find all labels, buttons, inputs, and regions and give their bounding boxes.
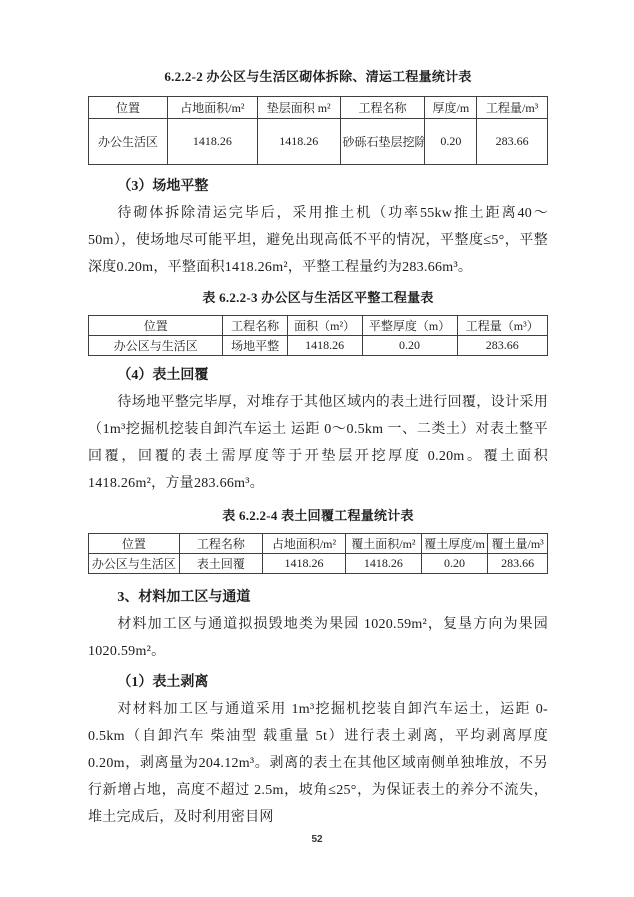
table-header-cell: 位置	[89, 97, 168, 119]
table-cell: 办公区与生活区	[89, 336, 223, 356]
table-row: 办公区与生活区 表土回覆 1418.26 1418.26 0.20 283.66	[89, 554, 548, 574]
table-header-cell: 工程名称	[223, 316, 287, 336]
table-header-cell: 覆土面积/m²	[346, 534, 422, 554]
table-cell: 283.66	[457, 336, 547, 356]
table-header-cell: 位置	[89, 316, 223, 336]
table-cell: 表土回覆	[179, 554, 262, 574]
table-cell: 1418.26	[287, 336, 362, 356]
paragraph-site-leveling: 待砌体拆除清运完毕后，采用推土机（功率55kw推土距离40～50m），使场地尽可…	[88, 200, 548, 281]
section-heading-material-zone: 3、材料加工区与通道	[88, 584, 548, 611]
table-cell: 0.20	[421, 554, 488, 574]
table-cell: 0.20	[425, 119, 477, 165]
table-cell: 砂砾石垫层挖除	[340, 119, 425, 165]
table-header-cell: 位置	[89, 534, 180, 554]
table-header-cell: 覆土量/m³	[488, 534, 548, 554]
table-cell: 场地平整	[223, 336, 287, 356]
table-header-cell: 工程量/m³	[477, 97, 548, 119]
table-header-cell: 工程名称	[179, 534, 262, 554]
table-cell: 1418.26	[167, 119, 257, 165]
table-title-622-3: 表 6.2.2-3 办公区与生活区平整工程量表	[88, 285, 548, 311]
table-cell: 办公生活区	[89, 119, 168, 165]
table-cell: 1418.26	[262, 554, 345, 574]
paragraph-material-zone: 材料加工区与通道拟损毁地类为果园 1020.59m²，复垦方向为果园1020.5…	[88, 611, 548, 665]
paragraph-topsoil-recover: 待场地平整完毕厚，对堆存于其他区域内的表土进行回覆，设计采用（1m³挖掘机挖装自…	[88, 389, 548, 497]
document-page: 6.2.2-2 办公区与生活区砌体拆除、清运工程量统计表 位置 占地面积/m² …	[0, 0, 634, 897]
table-row: 办公生活区 1418.26 1418.26 砂砾石垫层挖除 0.20 283.6…	[89, 119, 548, 165]
table-cell: 办公区与生活区	[89, 554, 180, 574]
table-header-cell: 工程名称	[340, 97, 425, 119]
table-cell: 283.66	[488, 554, 548, 574]
section-heading-topsoil-strip: （1）表土剥离	[88, 669, 548, 696]
paragraph-topsoil-strip: 对材料加工区与通道采用 1m³挖掘机挖装自卸汽车运土，运距 0-0.5km（自卸…	[88, 696, 548, 831]
table-header-cell: 平整厚度（m）	[362, 316, 457, 336]
table-cell: 0.20	[362, 336, 457, 356]
table-header-row: 位置 占地面积/m² 垫层面积 m² 工程名称 厚度/m 工程量/m³	[89, 97, 548, 119]
table-header-cell: 覆土厚度/m	[421, 534, 488, 554]
section-heading-4: （4）表土回覆	[88, 362, 548, 389]
table-header-row: 位置 工程名称 面积（m²） 平整厚度（m） 工程量（m³）	[89, 316, 548, 336]
table-topsoil-stats: 位置 工程名称 占地面积/m² 覆土面积/m² 覆土厚度/m 覆土量/m³ 办公…	[88, 533, 548, 574]
section-heading-3: （3）场地平整	[88, 173, 548, 200]
table-header-row: 位置 工程名称 占地面积/m² 覆土面积/m² 覆土厚度/m 覆土量/m³	[89, 534, 548, 554]
table-row: 办公区与生活区 场地平整 1418.26 0.20 283.66	[89, 336, 548, 356]
page-number: 52	[0, 834, 634, 845]
table-cell: 1418.26	[257, 119, 340, 165]
table-title-622-2: 6.2.2-2 办公区与生活区砌体拆除、清运工程量统计表	[88, 64, 548, 90]
table-title-622-4: 表 6.2.2-4 表土回覆工程量统计表	[88, 503, 548, 529]
table-header-cell: 占地面积/m²	[262, 534, 345, 554]
table-header-cell: 占地面积/m²	[167, 97, 257, 119]
table-header-cell: 厚度/m	[425, 97, 477, 119]
table-leveling-stats: 位置 工程名称 面积（m²） 平整厚度（m） 工程量（m³） 办公区与生活区 场…	[88, 315, 548, 356]
table-demolition-stats: 位置 占地面积/m² 垫层面积 m² 工程名称 厚度/m 工程量/m³ 办公生活…	[88, 96, 548, 165]
table-cell: 1418.26	[346, 554, 422, 574]
table-header-cell: 工程量（m³）	[457, 316, 547, 336]
table-header-cell: 面积（m²）	[287, 316, 362, 336]
table-header-cell: 垫层面积 m²	[257, 97, 340, 119]
table-cell: 283.66	[477, 119, 548, 165]
